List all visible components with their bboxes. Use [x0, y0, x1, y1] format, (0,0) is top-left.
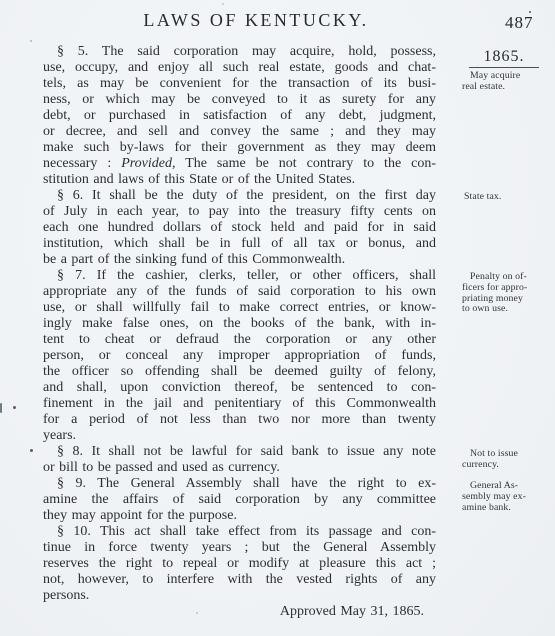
section-5: § 5. The said corporation may acquire, h…: [43, 44, 436, 188]
text-line: and shall, upon conviction thereof, be s…: [43, 380, 436, 396]
margin-note-state-tax: State tax.: [464, 192, 548, 203]
text-line: person, or conceal any improper appropri…: [43, 348, 436, 364]
text-line: of July in each year, to pay into the tr…: [43, 204, 436, 220]
section-8: § 8. It shall not be lawful for said ban…: [43, 444, 436, 476]
text-line: § 5. The said corporation may acquire, h…: [43, 44, 436, 60]
text-line: use, or shall willfully fail to make cor…: [43, 300, 436, 316]
section-9: § 9. The General Assembly shall have the…: [43, 476, 436, 524]
text-line: amine the affairs of said corporation by…: [43, 492, 436, 508]
scanned-page: LAWS OF KENTUCKY. 487 § 5. The said corp…: [0, 0, 555, 636]
text-line: appropriate any of the funds of said cor…: [43, 284, 436, 300]
scan-artifact: [529, 11, 531, 13]
text-line: tels, as may be convenient for the trans…: [43, 76, 436, 92]
text-line: years.: [43, 428, 436, 444]
text-line: stitution and laws of this State or of t…: [43, 172, 436, 188]
text-line: institution, which shall be in full of a…: [43, 236, 436, 252]
section-10: § 10. This act shall take effect from it…: [43, 524, 436, 604]
section-6: § 6. It shall be the duty of the preside…: [43, 188, 436, 268]
text-line: make such by-laws for their government a…: [43, 140, 436, 156]
margin-rule: [469, 67, 539, 68]
margin-note-examine: General As- sembly may ex- amine bank.: [462, 481, 548, 513]
margin-note-acquire: May acquire real estate.: [462, 71, 546, 93]
text-line: or bill to be passed and used as currenc…: [43, 460, 436, 476]
margin-note-currency: Not to issue currency.: [462, 449, 548, 471]
scan-artifact: [30, 40, 32, 42]
text-line: persons.: [43, 588, 436, 604]
scan-artifact: [13, 406, 16, 409]
text-line: § 6. It shall be the duty of the preside…: [43, 188, 436, 204]
text-line: reserves the right to repeal or modify a…: [43, 556, 436, 572]
margin-year-block: 1865. May acquire real estate.: [462, 48, 546, 93]
text-line: § 8. It shall not be lawful for said ban…: [43, 444, 436, 460]
scan-artifact: [0, 403, 2, 413]
margin-year: 1865.: [462, 48, 546, 66]
text-line: § 7. If the cashier, clerks, teller, or …: [43, 268, 436, 284]
text-line: § 9. The General Assembly shall have the…: [43, 476, 436, 492]
text-line: for a period of not less than two nor mo…: [43, 412, 436, 428]
text-line: the officer so offending shall be deemed…: [43, 364, 436, 380]
text-line: tinue in force twenty years ; but the Ge…: [43, 540, 436, 556]
scan-artifact: [196, 612, 198, 614]
text-line: be a part of the sinking fund of this Co…: [43, 252, 436, 268]
text-line: not, however, to interfere with the vest…: [43, 572, 436, 588]
scan-artifact: [222, 3, 224, 5]
main-text-column: § 5. The said corporation may acquire, h…: [43, 44, 436, 620]
text-line: they may appoint for the purpose.: [43, 508, 436, 524]
margin-column: 1865. May acquire real estate. State tax…: [458, 0, 550, 636]
text-line: § 10. This act shall take effect from it…: [43, 524, 436, 540]
text-line: ness, or which may be conveyed to it as …: [43, 92, 436, 108]
section-7: § 7. If the cashier, clerks, teller, or …: [43, 268, 436, 444]
text-line: debt, or purchased in satisfaction of an…: [43, 108, 436, 124]
running-head: LAWS OF KENTUCKY.: [0, 10, 512, 31]
text-line: finement in the jail and penitentiary of…: [43, 396, 436, 412]
text-line: ingly make false ones, on the books of t…: [43, 316, 436, 332]
text-line: tent to cheat or defraud the corporation…: [43, 332, 436, 348]
text-line: or decree, and sell and convey the same …: [43, 124, 436, 140]
approval-line: Approved May 31, 1865.: [43, 604, 424, 620]
text-line: use, occupy, and enjoy all such real est…: [43, 60, 436, 76]
text-line: each one hundred dollars of stock held a…: [43, 220, 436, 236]
scan-artifact: [30, 449, 33, 452]
margin-note-penalty: Penalty on of- ficers for appro- priatin…: [462, 272, 548, 315]
text-line: necessary : Provided, The same be not co…: [43, 156, 436, 172]
